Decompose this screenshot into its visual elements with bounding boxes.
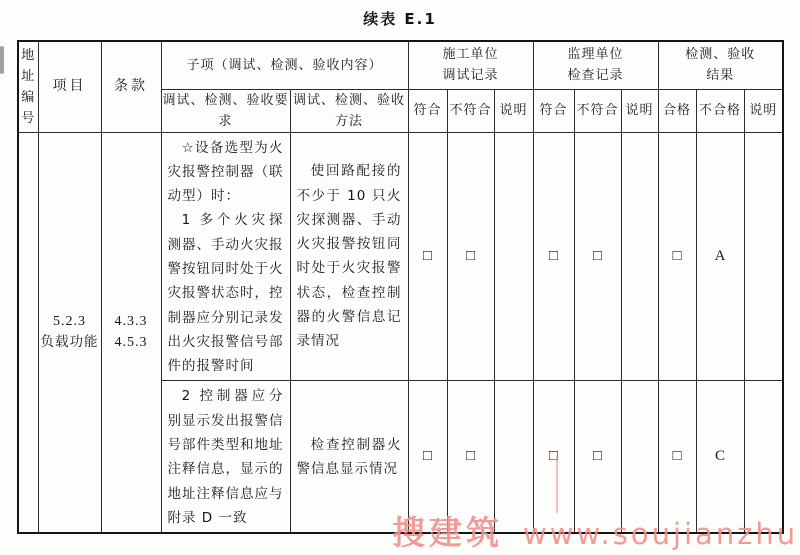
requirement-cell: ☆设备选型为火灾报警控制器（联动型）时： 1 多个火灾探测器、手动火灾报警按钮同… [161,132,290,381]
requirement-paragraph-1: ☆设备选型为火灾报警控制器（联动型）时： [168,136,284,209]
group-header-supervision-line1: 监理单位 [534,44,658,65]
subheader-result-fail: 不合格 [696,89,744,132]
group-header-construction-line2: 调试记录 [409,65,533,86]
subheader-supervision-nonconform: 不符合 [574,89,621,132]
scan-artifact-mark [0,46,4,74]
construction-note-cell [494,132,533,381]
watermark-chinese-text: 搜建筑 [392,513,503,552]
table-row: 5.2.3 负载功能 4.3.3 4.5.3 ☆设备选型为火灾报警控制器（联动型… [18,132,783,381]
requirement-cell: 2 控制器应分别显示发出报警信号部件类型和地址注释信息，显示的地址注释信息应与附… [161,381,290,533]
group-header-inspection-result: 检测、验收 结果 [658,41,783,89]
result-fail-value: A [696,132,744,381]
supervision-conform-checkbox: □ [533,132,574,381]
group-header-supervision-line2: 检查记录 [534,65,658,86]
supervision-nonconform-checkbox: □ [574,132,621,381]
site-watermark: 搜建筑www.soujianzhu.cn [392,507,800,554]
requirement-paragraph-2: 2 控制器应分别显示发出报警信号部件类型和地址注释信息，显示的地址注释信息应与附… [168,384,284,530]
column-header-subitem: 子项（调试、检测、验收内容） [161,41,408,89]
requirement-paragraph-2: 1 多个火灾探测器、手动火灾报警按钮同时处于火灾报警状态时，控制器应分别记录发出… [168,208,284,378]
construction-conform-checkbox: □ [408,132,447,381]
subheader-method: 调试、检测、验收方法 [290,89,408,132]
subheader-result-pass: 合格 [658,89,696,132]
subheader-supervision-conform: 符合 [533,89,574,132]
supervision-note-cell [621,132,658,381]
subheader-requirement: 调试、检测、验收要求 [161,89,290,132]
address-number-cell [18,132,38,533]
scan-artifact-red-streak [556,455,558,513]
group-header-construction-line1: 施工单位 [409,44,533,65]
acceptance-record-table: 地址编号 项目 条款 子项（调试、检测、验收内容） 施工单位 调试记录 监理单位… [17,40,784,534]
method-cell: 使回路配接的不少于 10 只火灾探测器、手动火灾报警按钮同时处于火灾报警状态，检… [290,132,408,381]
subheader-supervision-note: 说明 [621,89,658,132]
column-header-clause: 条款 [101,41,161,132]
watermark-url-text: www.soujianzhu.cn [523,517,800,551]
group-header-supervision-unit: 监理单位 检查记录 [533,41,658,89]
subheader-result-note: 说明 [744,89,783,132]
column-header-address: 地址编号 [18,41,38,132]
method-cell: 检查控制器火警信息显示情况 [290,381,408,533]
subheader-construction-conform: 符合 [408,89,447,132]
method-paragraph: 检查控制器火警信息显示情况 [297,433,402,482]
group-header-result-line1: 检测、验收 [659,44,783,65]
project-name: 负载功能 [41,334,99,350]
group-header-result-line2: 结果 [659,65,783,86]
subheader-construction-nonconform: 不符合 [447,89,494,132]
project-code: 5.2.3 [53,314,86,329]
clause-number-2: 4.5.3 [115,335,148,350]
clause-cell: 4.3.3 4.5.3 [101,132,161,533]
construction-nonconform-checkbox: □ [447,132,494,381]
subheader-construction-note: 说明 [494,89,533,132]
method-paragraph: 使回路配接的不少于 10 只火灾探测器、手动火灾报警按钮同时处于火灾报警状态，检… [297,159,402,353]
project-cell: 5.2.3 负载功能 [38,132,101,533]
result-note-cell [744,132,783,381]
column-header-project: 项目 [38,41,101,132]
clause-number-1: 4.3.3 [115,314,148,329]
result-pass-checkbox: □ [658,132,696,381]
page-title: 续表 E.1 [0,8,800,29]
group-header-construction-unit: 施工单位 调试记录 [408,41,533,89]
